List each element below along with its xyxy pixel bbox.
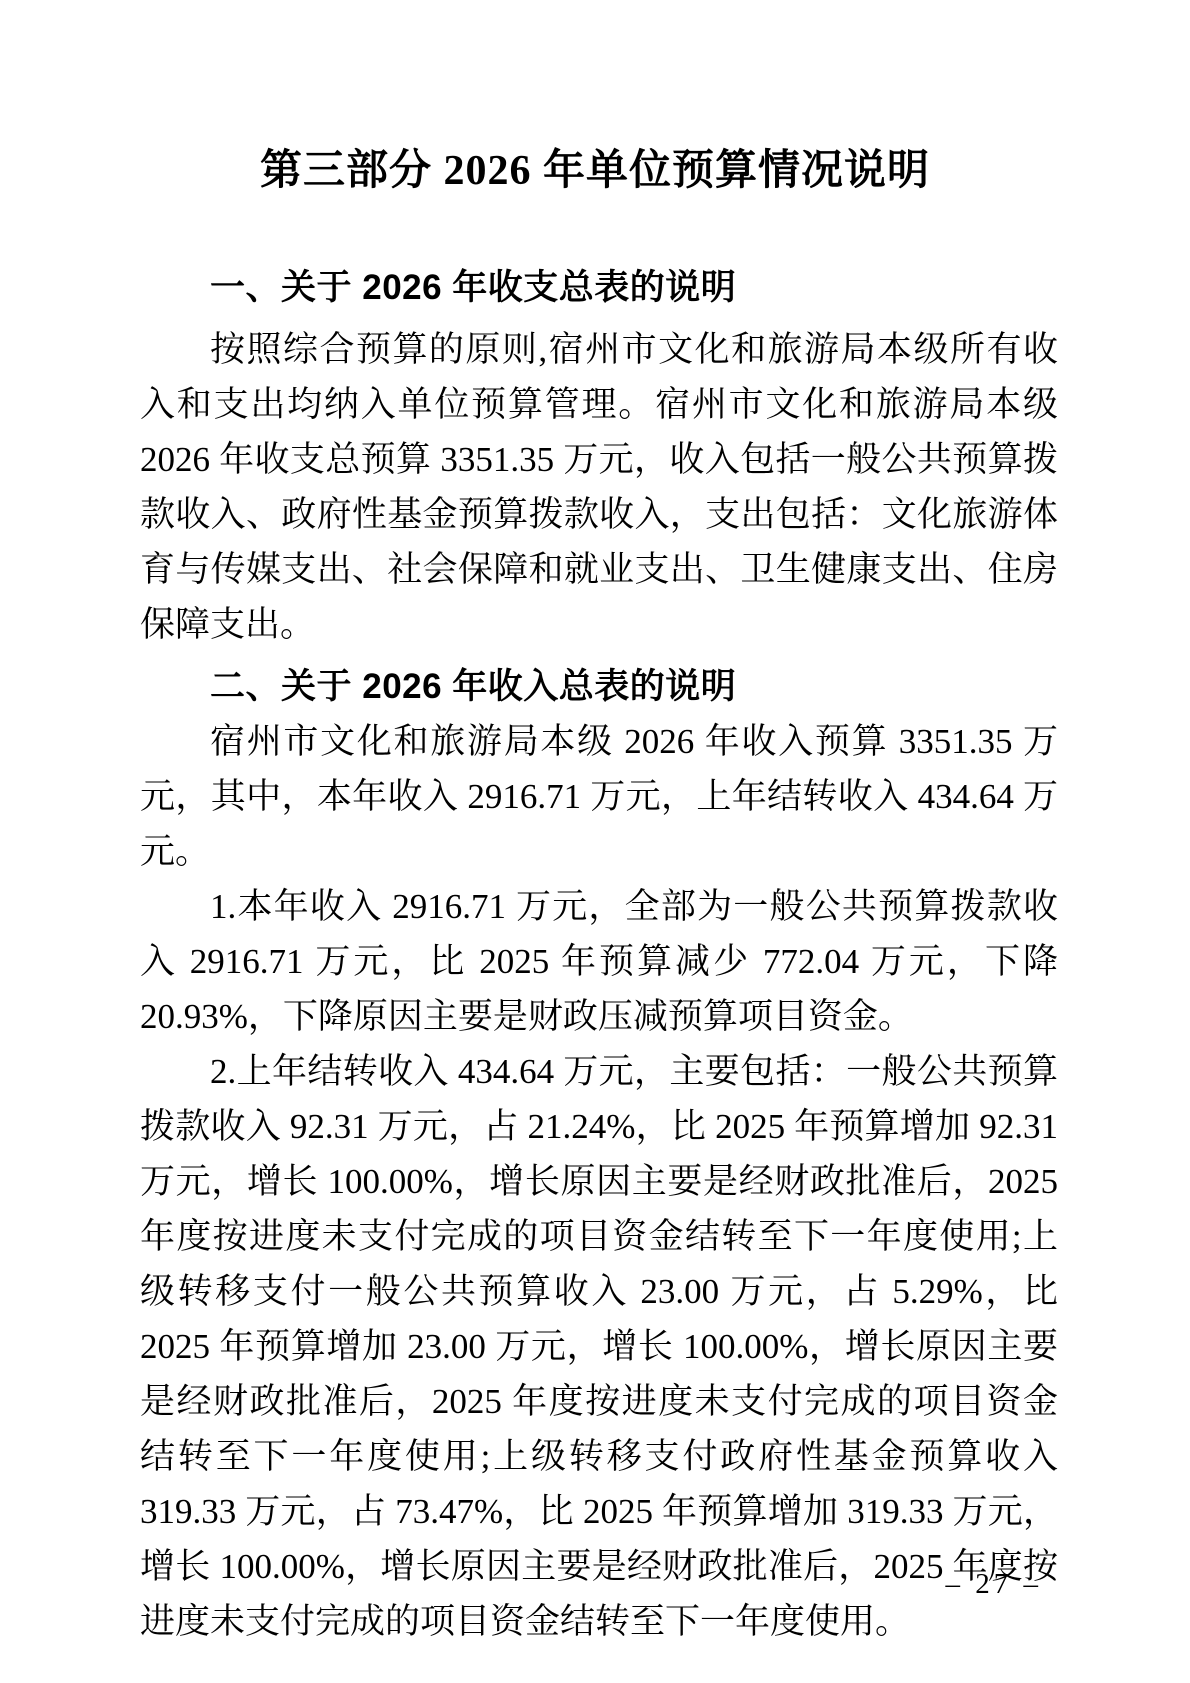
document-title: 第三部分 2026 年单位预算情况说明	[0, 148, 1190, 194]
document-body: 一、关于 2026 年收支总表的说明 按照综合预算的原则,宿州市文化和旅游局本级…	[140, 260, 1058, 1649]
section-2-paragraph-income-total: 宿州市文化和旅游局本级 2026 年收入预算 3351.35 万元，其中，本年收…	[140, 714, 1058, 879]
section-2-paragraph-current-year-income: 1.本年收入 2916.71 万元，全部为一般公共预算拨款收入 2916.71 …	[140, 879, 1058, 1044]
section-1-paragraph-overview: 按照综合预算的原则,宿州市文化和旅游局本级所有收入和支出均纳入单位预算管理。宿州…	[140, 322, 1058, 652]
section-2-heading: 二、关于 2026 年收入总表的说明	[140, 659, 1058, 714]
page-number: – 27 –	[946, 1568, 1043, 1600]
document-page: 第三部分 2026 年单位预算情况说明 一、关于 2026 年收支总表的说明 按…	[0, 0, 1190, 1683]
section-2-paragraph-carryover-income: 2.上年结转收入 434.64 万元，主要包括：一般公共预算拨款收入 92.31…	[140, 1044, 1058, 1649]
section-1-heading: 一、关于 2026 年收支总表的说明	[140, 260, 1058, 315]
